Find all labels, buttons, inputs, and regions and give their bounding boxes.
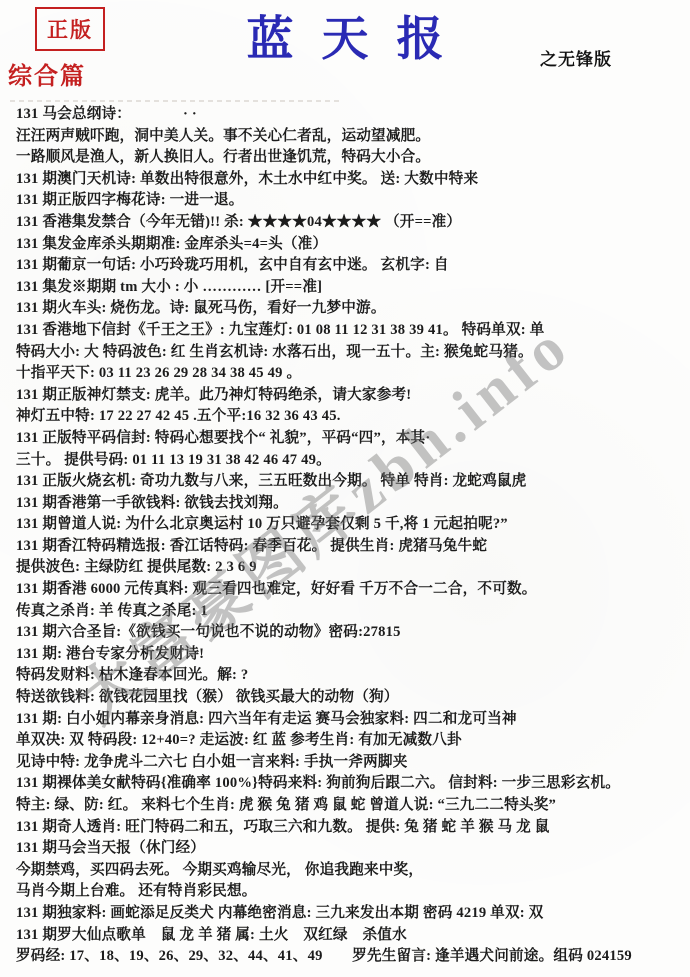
text-line: 131 香港地下信封《千王之王》: 九宝莲灯: 01 08 11 12 31 3…	[16, 320, 684, 342]
text-line: 131 期奇人透肖: 旺门特码二和五，巧取三六和九数。 提供: 兔 猪 蛇 羊 …	[16, 817, 684, 839]
text-line: 131 期香港 6000 元传真料: 观三看四也难定，好好看 千万不合一二合，不…	[16, 579, 684, 601]
text-line: 131 期澳门天机诗: 单数出特很意外，木土水中红中奖。 送: 大数中特来	[16, 169, 684, 191]
text-line: 特码大小: 大 特码波色: 红 生肖玄机诗: 水落石出，现一五十。主: 猴兔蛇马…	[16, 342, 684, 364]
text-line: 今期禁鸡，买四码去死。 今期买鸡输尽光， 你追我跑来中奖，	[16, 860, 684, 882]
text-line: 马肖今期上台难。 还有特肖彩民想。	[16, 881, 684, 903]
text-line: 131 集发金库杀头期期准: 金库杀头=4=头（准）	[16, 234, 684, 256]
text-line: 131 期香港第一手欲钱料: 欲钱去找刘翔。	[16, 493, 684, 515]
text-line: 特码发财料: 枯木逢春本回光。解: ?	[16, 665, 684, 687]
text-line: 单双决: 双 特码段: 12+40=? 走运波: 红 蓝 参考生肖: 有加无减数…	[16, 730, 684, 752]
text-line: 131 期马会当天报（休门经）	[16, 838, 684, 860]
text-line: 131 香港集发禁合（今年无错)!! 杀: ★★★★04★★★★ （开==准）	[16, 212, 684, 234]
text-line: 见诗中特: 龙争虎斗二六七 白小姐一言来料: 手执一斧两脚夹	[16, 752, 684, 774]
text-line: 十指平天下: 03 11 23 26 29 28 34 38 45 49 。	[16, 363, 684, 385]
text-line: 神灯五中特: 17 22 27 42 45 .五个平:16 32 36 43 4…	[16, 406, 684, 428]
text-line: 131 期六合圣旨:《欲钱买一句说也不说的动物》密码:27815	[16, 622, 684, 644]
text-line: 131 期葡京一句话: 小巧玲珑巧用机，玄中自有玄中迷。 玄机字: 自	[16, 255, 684, 277]
text-line: 131 期香江特码精选报: 香江话特码: 春季百花。 提供生肖: 虎猪马兔牛蛇	[16, 536, 684, 558]
text-line: 131 正版特平码信封: 特码心想要找个“ 礼貌”，平码“四”，本其·	[16, 428, 684, 450]
text-line: 罗码经: 17、18、19、26、29、32、44、41、49 罗先生留言: 逢…	[16, 946, 684, 968]
text-line: 131 期罗大仙点歌单 鼠 龙 羊 猪 属: 土火 双红绿 杀值水	[16, 925, 684, 947]
text-line: 131 马会总纲诗： · ·	[16, 104, 684, 126]
text-line: 三十。 提供号码: 01 11 13 19 31 38 42 46 47 49。	[16, 450, 684, 472]
edition-label: 之无锋版	[540, 45, 612, 70]
text-line: 131 期: 白小姐内幕亲身消息: 四六当年有走运 赛马会独家料: 四二和龙可当…	[16, 709, 684, 731]
text-line: 汪汪两声贼吓跑，洞中美人关。事不关心仁者乱，运动望减肥。	[16, 126, 684, 148]
text-line: 131 集发※期期 tm 大小 : 小 ………… [开==准]	[16, 277, 684, 299]
text-lines: 131 马会总纲诗： · ·汪汪两声贼吓跑，洞中美人关。事不关心仁者乱，运动望减…	[16, 104, 684, 968]
text-line: 一路顺风是渔人，新人换旧人。行者出世逢饥荒，特码大小合。	[16, 147, 684, 169]
text-line: 131 期: 港台专家分析发财诗!	[16, 644, 684, 666]
text-line: 131 期正版四字梅花诗: 一进一退。	[16, 190, 684, 212]
text-line: 131 期独家料: 画蛇添足反类犬 内幕绝密消息: 三九来发出本期 密码 421…	[16, 903, 684, 925]
text-line: 131 期曾道人说: 为什么北京奥运村 10 万只避孕套仅剩 5 千,将 1 元…	[16, 514, 684, 536]
header-divider	[10, 100, 340, 102]
text-line: 131 期裸体美女献特码{准确率 100%}特码来料: 狗前狗后跟二六。 信封料…	[16, 773, 684, 795]
text-line: 131 期正版神灯禁支: 虎羊。此乃神灯特码绝杀，请大家参考!	[16, 385, 684, 407]
text-line: 131 期火车头: 烧伤龙。诗: 鼠死马伤，看好一九梦中游。	[16, 298, 684, 320]
text-line: 特送欲钱料: 欲钱花园里找（猴） 欲钱买最大的动物（狗）	[16, 687, 684, 709]
text-line: 提供波色: 主绿防红 提供尾数: 2 3 6 9	[16, 557, 684, 579]
section-label: 综合篇	[8, 56, 86, 91]
newspaper-page: 正版 蓝天报 之无锋版 综合篇 131 马会总纲诗： · ·汪汪两声贼吓跑，洞中…	[0, 0, 690, 977]
text-line: 131 正版火烧玄机: 奇功九数与八来，三五旺数出今期。 特单 特肖: 龙蛇鸡鼠…	[16, 471, 684, 493]
text-line: 特主: 绿、防: 红。 来料七个生肖: 虎 猴 兔 猪 鸡 鼠 蛇 曾道人说: …	[16, 795, 684, 817]
text-line: 传真之杀肖: 羊 传真之杀尾: 1	[16, 601, 684, 623]
